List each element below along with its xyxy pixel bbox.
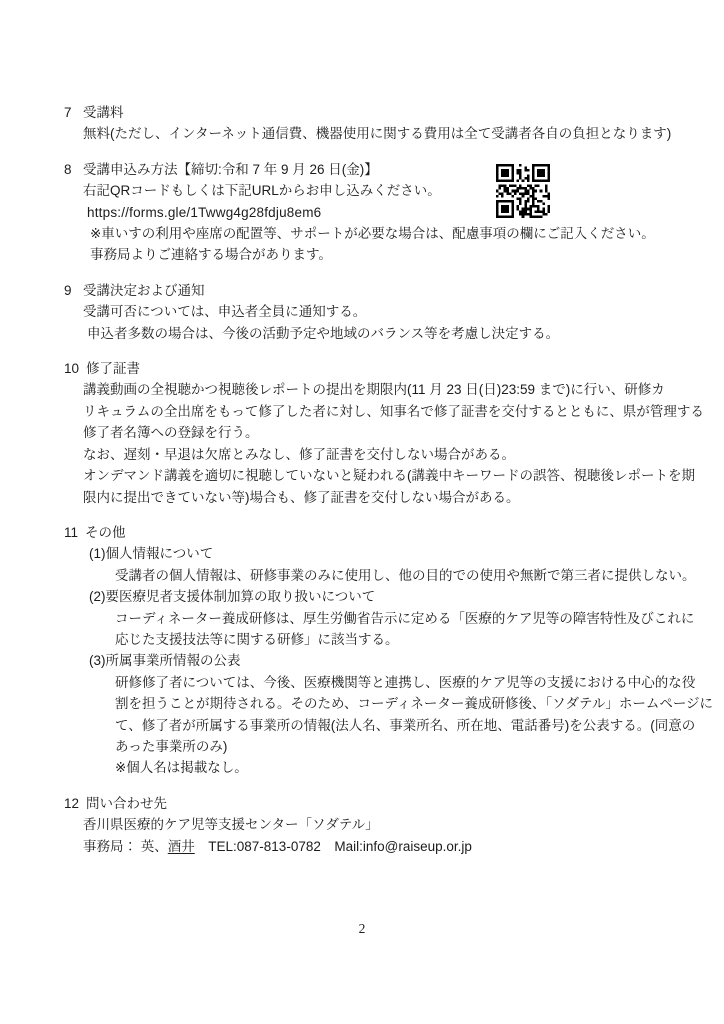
body-line: 限内に提出できていない等)場合も、修了証書を交付しない場合がある。	[64, 487, 686, 508]
body-line: 香川県医療的ケア児等支援センター「ソダテル」	[64, 814, 686, 835]
section-number: 7	[64, 102, 76, 123]
body-line: 無料(ただし、インターネット通信費、機器使用に関する費用は全て受講者各自の負担と…	[64, 123, 686, 144]
section-number: 11	[64, 522, 78, 543]
body-line: あった事業所のみ)	[64, 736, 686, 757]
section-title: その他	[85, 525, 126, 540]
subitem-heading: (2)要医療児者支援体制加算の取り扱いについて	[64, 586, 686, 607]
body-line: 割を担うことが期待される。そのため、コーディネーター養成研修後、「ソダテル」ホー…	[64, 693, 686, 714]
subitem-heading: (1)個人情報について	[64, 543, 686, 564]
section-number: 12	[64, 793, 79, 814]
qr-code-image	[496, 164, 550, 218]
body-line: 応じた支援技法等に関する研修」に該当する。	[64, 629, 686, 650]
application-url-link[interactable]: https://forms.gle/1Twwg4g28fdju8em6	[64, 202, 686, 223]
body-line: 事務局よりご連絡する場合があります。	[64, 244, 686, 265]
section-heading: 11その他	[64, 522, 686, 543]
section-heading: 9受講決定および通知	[64, 280, 686, 301]
body-line: 研修修了者については、今後、医療機関等と連携し、医療的ケア児等の支援における中心…	[64, 672, 686, 693]
body-line: 修了者名簿への登録を行う。	[64, 422, 686, 443]
body-line: コーディネーター養成研修は、厚生労働省告示に定める「医療的ケア児等の障害特性及び…	[64, 608, 686, 629]
document-body: 7受講料 無料(ただし、インターネット通信費、機器使用に関する費用は全て受講者各…	[64, 102, 686, 857]
contact-line: 事務局： 英、酒井 TEL:087-813-0782 Mail:info@rai…	[64, 836, 686, 857]
page-number: 2	[0, 921, 724, 937]
section-title: 受講決定および通知	[83, 283, 205, 298]
section-11: 11その他 (1)個人情報について 受講者の個人情報は、研修事業のみに使用し、他…	[64, 522, 686, 779]
section-heading: 8受講申込み方法【締切:令和 7 年 9 月 26 日(金)】	[64, 159, 686, 180]
body-line: ※個人名は掲載なし。	[64, 757, 686, 778]
section-9: 9受講決定および通知 受講可否については、申込者全員に通知する。 申込者多数の場…	[64, 280, 686, 344]
contact-name-underlined: 酒井	[168, 839, 195, 854]
body-line: 講義動画の全視聴かつ視聴後レポートの提出を期限内(11 月 23 日(日)23:…	[64, 379, 686, 400]
section-heading: 10修了証書	[64, 358, 686, 379]
section-title: 受講料	[83, 105, 124, 120]
body-line: 申込者多数の場合は、今後の活動予定や地域のバランス等を考慮し決定する。	[64, 323, 686, 344]
body-line: リキュラムの全出席をもって修了した者に対し、知事名で修了証書を交付するとともに、…	[64, 401, 686, 422]
contact-rest: TEL:087-813-0782 Mail:info@raiseup.or.jp	[195, 839, 472, 854]
body-line: オンデマンド講義を適切に視聴していないと疑われる(講義中キーワードの誤答、視聴後…	[64, 465, 686, 486]
section-number: 9	[64, 280, 76, 301]
body-line: なお、遅刻・早退は欠席とみなし、修了証書を交付しない場合がある。	[64, 444, 686, 465]
document-page: 7受講料 無料(ただし、インターネット通信費、機器使用に関する費用は全て受講者各…	[0, 0, 724, 1024]
body-line: 受講者の個人情報は、研修事業のみに使用し、他の目的での使用や無断で第三者に提供し…	[64, 565, 686, 586]
section-title: 修了証書	[86, 361, 140, 376]
section-number: 8	[64, 159, 76, 180]
section-heading: 12問い合わせ先	[64, 793, 686, 814]
section-title: 問い合わせ先	[86, 796, 167, 811]
section-title: 受講申込み方法【締切:令和 7 年 9 月 26 日(金)】	[83, 162, 378, 177]
contact-prefix: 事務局： 英、	[83, 839, 168, 854]
section-8: 8受講申込み方法【締切:令和 7 年 9 月 26 日(金)】 右記QRコードも…	[64, 159, 686, 266]
body-line: ※車いすの利用や座席の配置等、サポートが必要な場合は、配慮事項の欄にご記入くださ…	[64, 223, 686, 244]
body-line: て、修了者が所属する事業所の情報(法人名、事業所名、所在地、電話番号)を公表する…	[64, 715, 686, 736]
body-line: 受講可否については、申込者全員に通知する。	[64, 301, 686, 322]
section-10: 10修了証書 講義動画の全視聴かつ視聴後レポートの提出を期限内(11 月 23 …	[64, 358, 686, 508]
section-12: 12問い合わせ先 香川県医療的ケア児等支援センター「ソダテル」 事務局： 英、酒…	[64, 793, 686, 857]
subitem-heading: (3)所属事業所情報の公表	[64, 650, 686, 671]
section-7: 7受講料 無料(ただし、インターネット通信費、機器使用に関する費用は全て受講者各…	[64, 102, 686, 145]
body-line: 右記QRコードもしくは下記URLからお申し込みください。	[64, 180, 686, 201]
section-heading: 7受講料	[64, 102, 686, 123]
section-number: 10	[64, 358, 79, 379]
